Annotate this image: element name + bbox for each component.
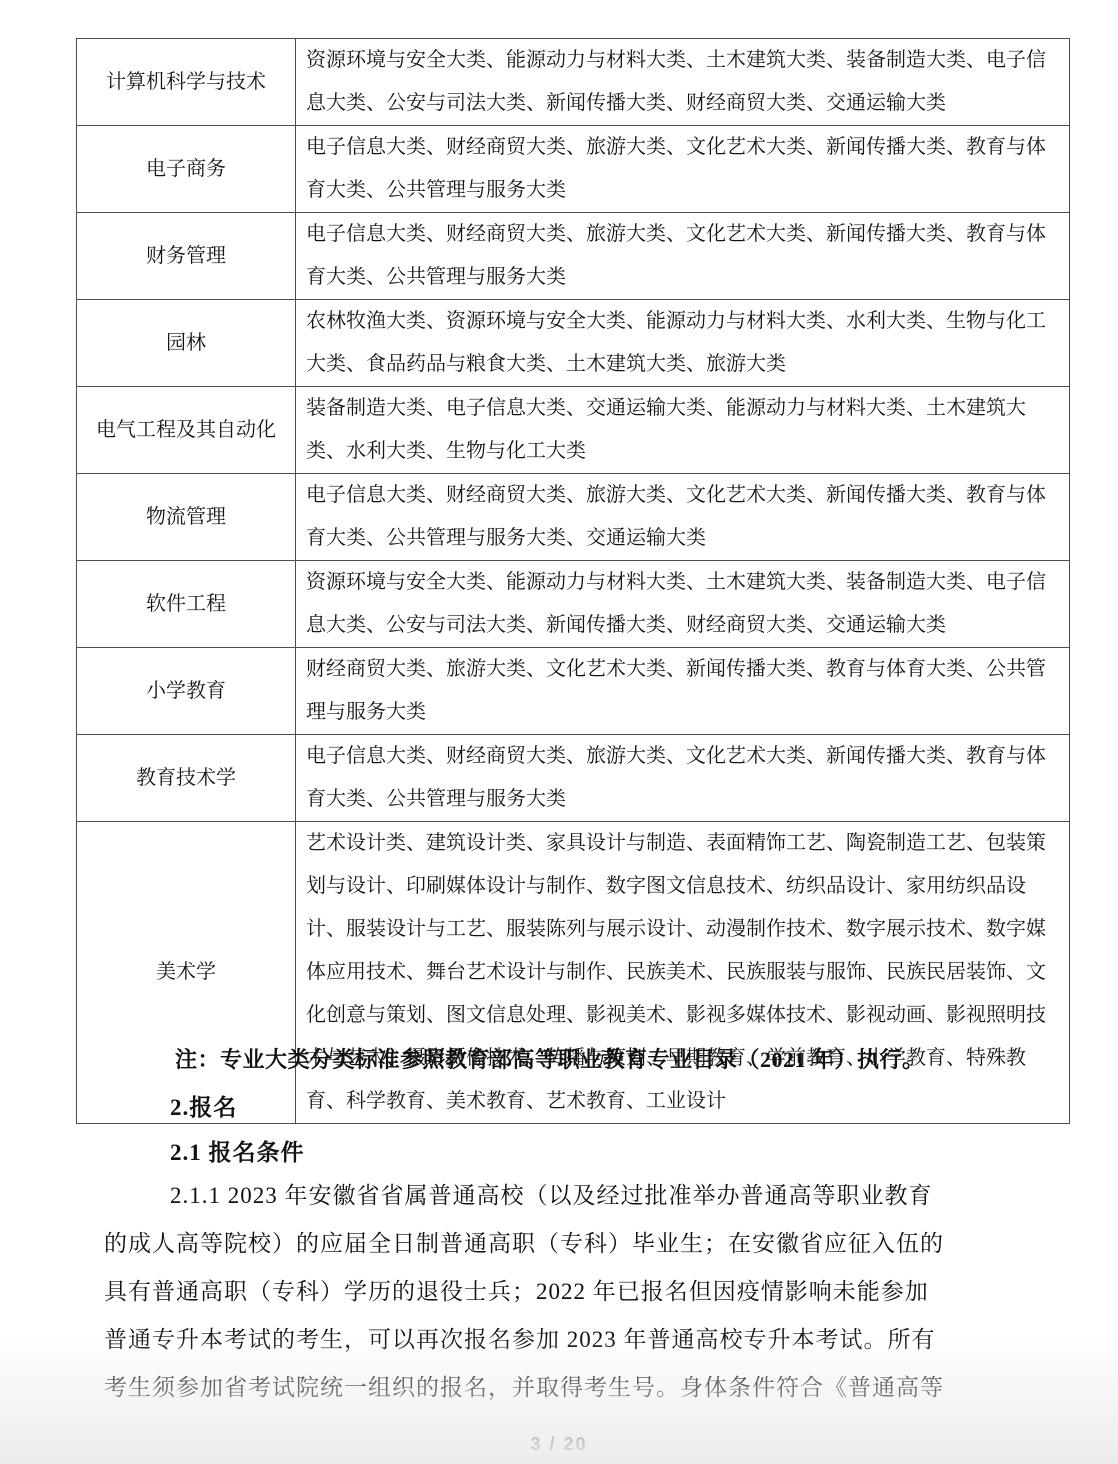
major-name-cell: 物流管理 [77, 474, 296, 561]
table-row: 园林 农林牧渔大类、资源环境与安全大类、能源动力与材料大类、水利大类、生物与化工… [77, 300, 1070, 387]
categories-cell: 电子信息大类、财经商贸大类、旅游大类、文化艺术大类、新闻传播大类、教育与体育大类… [296, 735, 1070, 822]
paragraph-line: 2.1.1 2023 年安徽省省属普通高校（以及经过批准举办普通高等职业教育 [104, 1172, 944, 1220]
major-name-cell: 小学教育 [77, 648, 296, 735]
paragraph-line: 考生须参加省考试院统一组织的报名，并取得考生号。身体条件符合《普通高等 [104, 1364, 944, 1412]
table-row: 物流管理 电子信息大类、财经商贸大类、旅游大类、文化艺术大类、新闻传播大类、教育… [77, 474, 1070, 561]
majors-categories-table: 计算机科学与技术 资源环境与安全大类、能源动力与材料大类、土木建筑大类、装备制造… [76, 38, 1070, 1124]
categories-cell: 农林牧渔大类、资源环境与安全大类、能源动力与材料大类、水利大类、生物与化工大类、… [296, 300, 1070, 387]
table-note: 注：专业大类分类标准参照教育部高等职业教育专业目录（2021 年）执行。 [175, 1043, 925, 1074]
section-heading-2-1: 2.1 报名条件 [170, 1134, 305, 1167]
major-name-cell: 美术学 [77, 822, 296, 1124]
paragraph-line: 具有普通高职（专科）学历的退役士兵；2022 年已报名但因疫情影响未能参加 [104, 1268, 944, 1316]
categories-cell: 资源环境与安全大类、能源动力与材料大类、土木建筑大类、装备制造大类、电子信息大类… [296, 39, 1070, 126]
major-name-cell: 电子商务 [77, 126, 296, 213]
table-row: 电子商务 电子信息大类、财经商贸大类、旅游大类、文化艺术大类、新闻传播大类、教育… [77, 126, 1070, 213]
table-row: 财务管理 电子信息大类、财经商贸大类、旅游大类、文化艺术大类、新闻传播大类、教育… [77, 213, 1070, 300]
major-name-cell: 软件工程 [77, 561, 296, 648]
paragraph-line: 普通专升本考试的考生，可以再次报名参加 2023 年普通高校专升本考试。所有 [104, 1316, 944, 1364]
categories-cell: 装备制造大类、电子信息大类、交通运输大类、能源动力与材料大类、土木建筑大类、水利… [296, 387, 1070, 474]
page-number: 3 / 20 [0, 1434, 1118, 1455]
categories-cell: 电子信息大类、财经商贸大类、旅游大类、文化艺术大类、新闻传播大类、教育与体育大类… [296, 213, 1070, 300]
table-row: 美术学 艺术设计类、建筑设计类、家具设计与制造、表面精饰工艺、陶瓷制造工艺、包装… [77, 822, 1070, 1124]
table-row: 教育技术学 电子信息大类、财经商贸大类、旅游大类、文化艺术大类、新闻传播大类、教… [77, 735, 1070, 822]
categories-cell: 资源环境与安全大类、能源动力与材料大类、土木建筑大类、装备制造大类、电子信息大类… [296, 561, 1070, 648]
categories-cell: 电子信息大类、财经商贸大类、旅游大类、文化艺术大类、新闻传播大类、教育与体育大类… [296, 474, 1070, 561]
table-row: 计算机科学与技术 资源环境与安全大类、能源动力与材料大类、土木建筑大类、装备制造… [77, 39, 1070, 126]
paragraph-2-1-1: 2.1.1 2023 年安徽省省属普通高校（以及经过批准举办普通高等职业教育 的… [104, 1172, 944, 1412]
major-name-cell: 财务管理 [77, 213, 296, 300]
paragraph-line: 的成人高等院校）的应届全日制普通高职（专科）毕业生；在安徽省应征入伍的 [104, 1220, 944, 1268]
categories-cell: 财经商贸大类、旅游大类、文化艺术大类、新闻传播大类、教育与体育大类、公共管理与服… [296, 648, 1070, 735]
major-name-cell: 电气工程及其自动化 [77, 387, 296, 474]
table-row: 电气工程及其自动化 装备制造大类、电子信息大类、交通运输大类、能源动力与材料大类… [77, 387, 1070, 474]
document-page: 计算机科学与技术 资源环境与安全大类、能源动力与材料大类、土木建筑大类、装备制造… [0, 0, 1118, 1464]
table-row: 软件工程 资源环境与安全大类、能源动力与材料大类、土木建筑大类、装备制造大类、电… [77, 561, 1070, 648]
major-name-cell: 教育技术学 [77, 735, 296, 822]
major-name-cell: 计算机科学与技术 [77, 39, 296, 126]
table-row: 小学教育 财经商贸大类、旅游大类、文化艺术大类、新闻传播大类、教育与体育大类、公… [77, 648, 1070, 735]
categories-cell: 电子信息大类、财经商贸大类、旅游大类、文化艺术大类、新闻传播大类、教育与体育大类… [296, 126, 1070, 213]
section-heading-2: 2.报名 [170, 1089, 237, 1122]
major-name-cell: 园林 [77, 300, 296, 387]
categories-cell: 艺术设计类、建筑设计类、家具设计与制造、表面精饰工艺、陶瓷制造工艺、包装策划与设… [296, 822, 1070, 1124]
